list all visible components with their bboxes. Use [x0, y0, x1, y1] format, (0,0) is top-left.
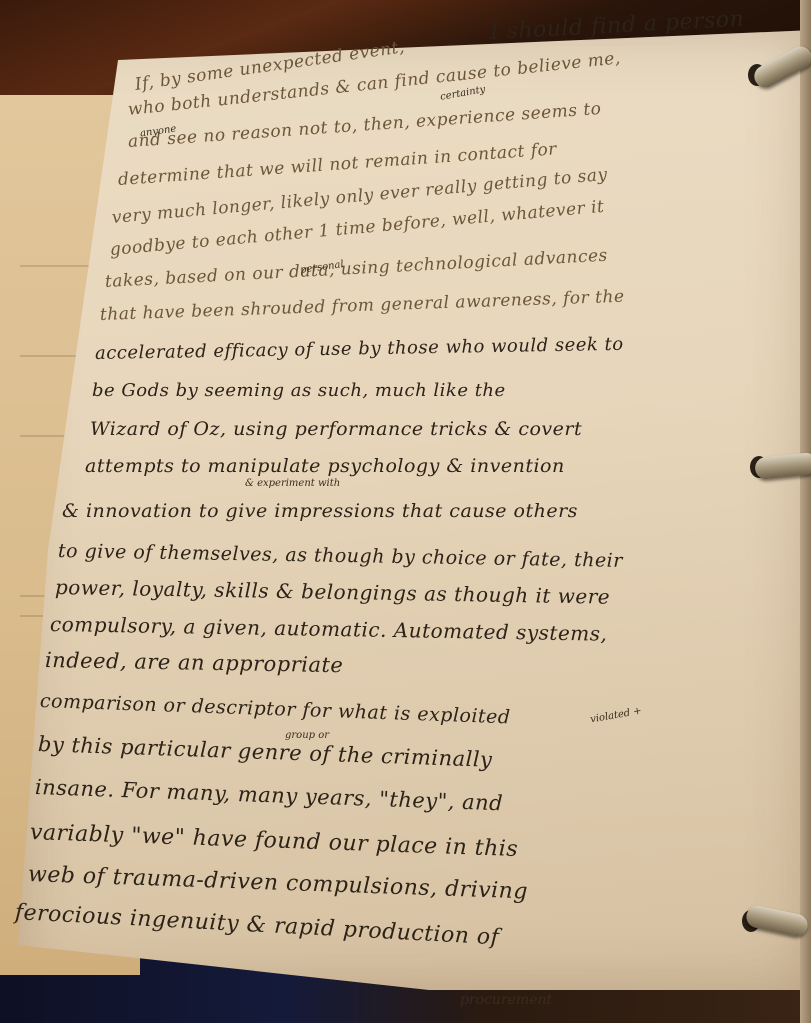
handwritten-line: be Gods by seeming as such, much like th…: [92, 380, 506, 401]
handwritten-line: & innovation to give impressions that ca…: [62, 500, 578, 522]
inserted-word: procurement: [460, 992, 552, 1008]
handwritten-line: Wizard of Oz, using performance tricks &…: [90, 418, 582, 440]
ghost-text-line: [20, 265, 100, 267]
page-stack-edge: [800, 0, 811, 1023]
inserted-word: group or: [285, 730, 329, 741]
handwritten-line: attempts to manipulate psychology & inve…: [85, 455, 565, 477]
inserted-word: & experiment with: [245, 478, 340, 489]
